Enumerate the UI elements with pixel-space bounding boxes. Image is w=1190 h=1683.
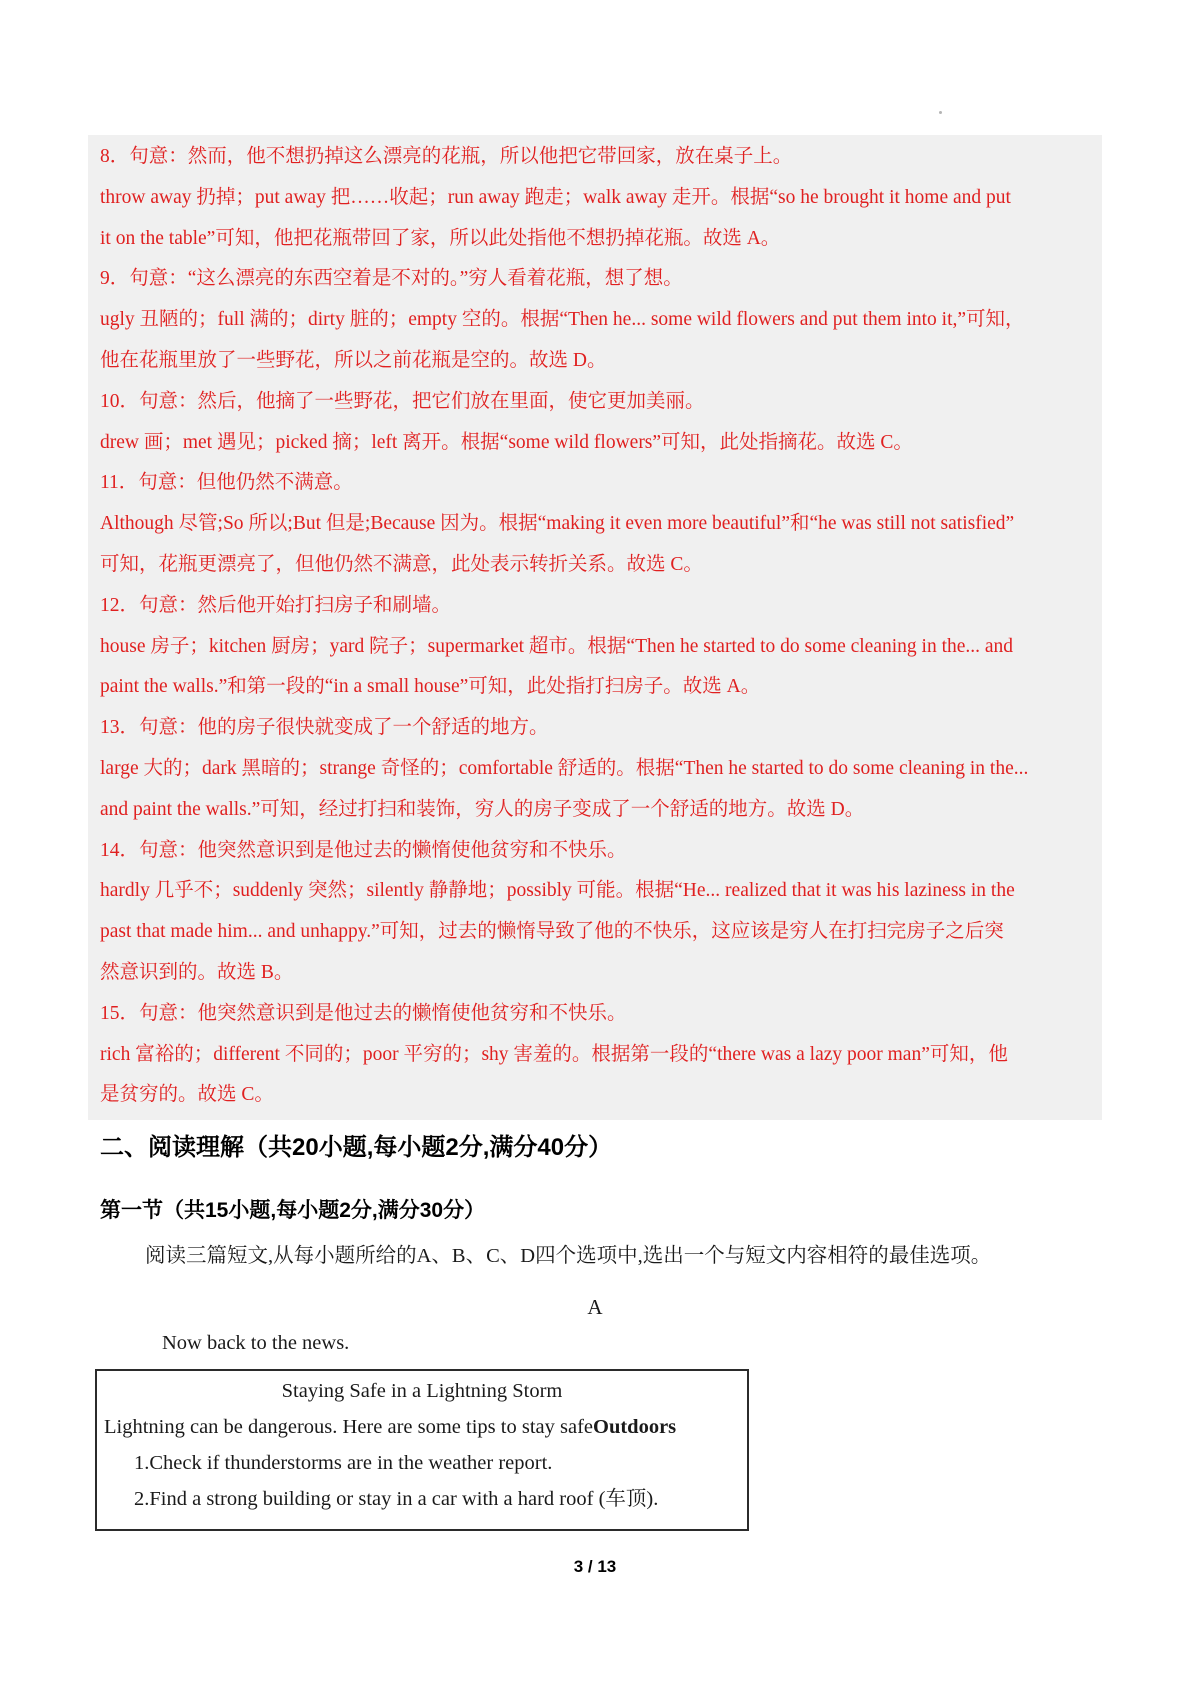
explanation-line: and paint the walls.”可知，经过打扫和装饰，穷人的房子变成了… xyxy=(100,790,1102,831)
explanation-line: it on the table”可知，他把花瓶带回了家，所以此处指他不想扔掉花瓶… xyxy=(100,219,1102,260)
passage-box-title: Staying Safe in a Lightning Storm xyxy=(97,1378,747,1404)
explanation-line: hardly 几乎不；suddenly 突然；silently 静静地；poss… xyxy=(100,871,1102,912)
passage-box-lead-text: Lightning can be dangerous. Here are som… xyxy=(104,1416,593,1438)
explanation-line: 14．句意：他突然意识到是他过去的懒惰使他贫穷和不快乐。 xyxy=(100,831,1102,872)
explanation-line: large 大的；dark 黑暗的；strange 奇怪的；comfortabl… xyxy=(100,749,1102,790)
section-heading-reading-comprehension: 二、阅读理解（共20小题,每小题2分,满分40分） xyxy=(100,1133,612,1163)
answer-explanation-block: 8．句意：然而，他不想扔掉这么漂亮的花瓶，所以他把它带回家，放在桌子上。 thr… xyxy=(88,135,1102,1120)
explanation-line: 10．句意：然后，他摘了一些野花，把它们放在里面，使它更加美丽。 xyxy=(100,382,1102,423)
passage-intro-line: Now back to the news. xyxy=(162,1330,349,1357)
answer-explanation-lines: 8．句意：然而，他不想扔掉这么漂亮的花瓶，所以他把它带回家，放在桌子上。 thr… xyxy=(88,135,1102,1116)
explanation-line: throw away 扔掉；put away 把……收起；run away 跑走… xyxy=(100,178,1102,219)
passage-label-a: A xyxy=(88,1294,1102,1321)
explanation-line: rich 富裕的；different 不同的；poor 平穷的；shy 害羞的。… xyxy=(100,1035,1102,1076)
explanation-line: Although 尽管;So 所以;But 但是;Because 因为。根据“m… xyxy=(100,504,1102,545)
explanation-line: 15．句意：他突然意识到是他过去的懒惰使他贫穷和不快乐。 xyxy=(100,994,1102,1035)
page-speck xyxy=(939,111,942,114)
explanation-line: 11．句意：但他仍然不满意。 xyxy=(100,463,1102,504)
explanation-line: 8．句意：然而，他不想扔掉这么漂亮的花瓶，所以他把它带回家，放在桌子上。 xyxy=(100,137,1102,178)
page-number: 3 / 13 xyxy=(0,1556,1190,1578)
part1-heading: 第一节（共15小题,每小题2分,满分30分） xyxy=(100,1197,485,1224)
explanation-line: past that made him... and unhappy.”可知，过去… xyxy=(100,912,1102,953)
explanation-line: 可知，花瓶更漂亮了，但他仍然不满意，此处表示转折关系。故选 C。 xyxy=(100,545,1102,586)
passage-box-tips: 1.Check if thunderstorms are in the weat… xyxy=(97,1450,747,1512)
passage-box: Staying Safe in a Lightning Storm Lightn… xyxy=(95,1369,749,1531)
passage-box-tip: 2.Find a strong building or stay in a ca… xyxy=(134,1486,747,1512)
explanation-line: ugly 丑陋的；full 满的；dirty 脏的；empty 空的。根据“Th… xyxy=(100,300,1102,341)
explanation-line: drew 画；met 遇见；picked 摘；left 离开。根据“some w… xyxy=(100,423,1102,464)
part1-instruction: 阅读三篇短文,从每小题所给的A、B、C、D四个选项中,选出一个与短文内容相符的最… xyxy=(145,1243,1105,1270)
explanation-line: 12．句意：然后他开始打扫房子和刷墙。 xyxy=(100,586,1102,627)
explanation-line: 9．句意：“这么漂亮的东西空着是不对的。”穷人看着花瓶，想了想。 xyxy=(100,259,1102,300)
explanation-line: 13．句意：他的房子很快就变成了一个舒适的地方。 xyxy=(100,708,1102,749)
explanation-line: 他在花瓶里放了一些野花，所以之前花瓶是空的。故选 D。 xyxy=(100,341,1102,382)
explanation-line: paint the walls.”和第一段的“in a small house”… xyxy=(100,667,1102,708)
passage-box-lead-bold: Outdoors xyxy=(593,1416,676,1438)
passage-box-tip: 1.Check if thunderstorms are in the weat… xyxy=(134,1450,747,1476)
explanation-line: 是贫穷的。故选 C。 xyxy=(100,1075,1102,1116)
explanation-line: 然意识到的。故选 B。 xyxy=(100,953,1102,994)
passage-box-lead: Lightning can be dangerous. Here are som… xyxy=(104,1414,747,1440)
explanation-line: house 房子；kitchen 厨房；yard 院子；supermarket … xyxy=(100,627,1102,668)
document-page: 8．句意：然而，他不想扔掉这么漂亮的花瓶，所以他把它带回家，放在桌子上。 thr… xyxy=(0,0,1190,1683)
